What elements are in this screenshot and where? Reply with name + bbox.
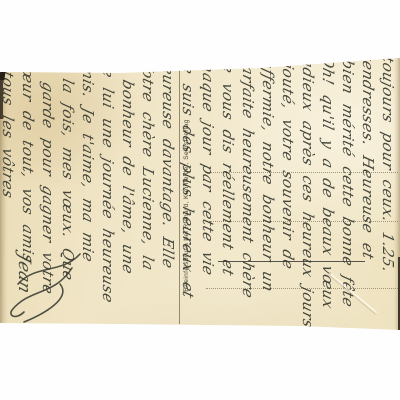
handwriting-line: Votre chère Lucienne, la xyxy=(138,57,158,320)
handwriting-line: affermie, notre bonheur un xyxy=(258,57,278,322)
handwriting-line: Oh! qu'il y a de beaux vœux xyxy=(318,53,338,322)
handwriting-line: heureuse davantage. Elle xyxy=(158,53,178,321)
postcard-photo: Rheinfelsbruch bei Richard, Kleinfelder,… xyxy=(0,0,400,400)
handwriting-line: le bonheur de l'âme, une xyxy=(118,53,138,322)
handwriting-line: parfaite heureusement chère xyxy=(238,53,258,322)
handwriting-line: tous les vôtres xyxy=(0,69,18,224)
handwriting-line: adieux après ces heureux jours xyxy=(298,56,318,323)
handwriting-line: de lui une journée heureuse xyxy=(98,56,118,321)
handwriting-line: Je vous dis réellement et xyxy=(218,55,238,322)
handwriting-line: toujours pour ceux. 1.25. xyxy=(378,54,398,321)
postcard-paper: Rheinfelsbruch bei Richard, Kleinfelder,… xyxy=(0,0,400,400)
signature-flourish xyxy=(2,248,92,326)
handwriting-line: cœur de tout, vos amis. xyxy=(18,57,38,258)
handwriting-line: tendresses. Heureuse et xyxy=(358,52,378,320)
handwriting-line: ajouté, votre souvenir de xyxy=(278,52,298,322)
handwriting-line: Je suis des plus heureux et xyxy=(178,56,198,322)
handwriting-line: chaque jour par cette vie xyxy=(198,52,218,322)
